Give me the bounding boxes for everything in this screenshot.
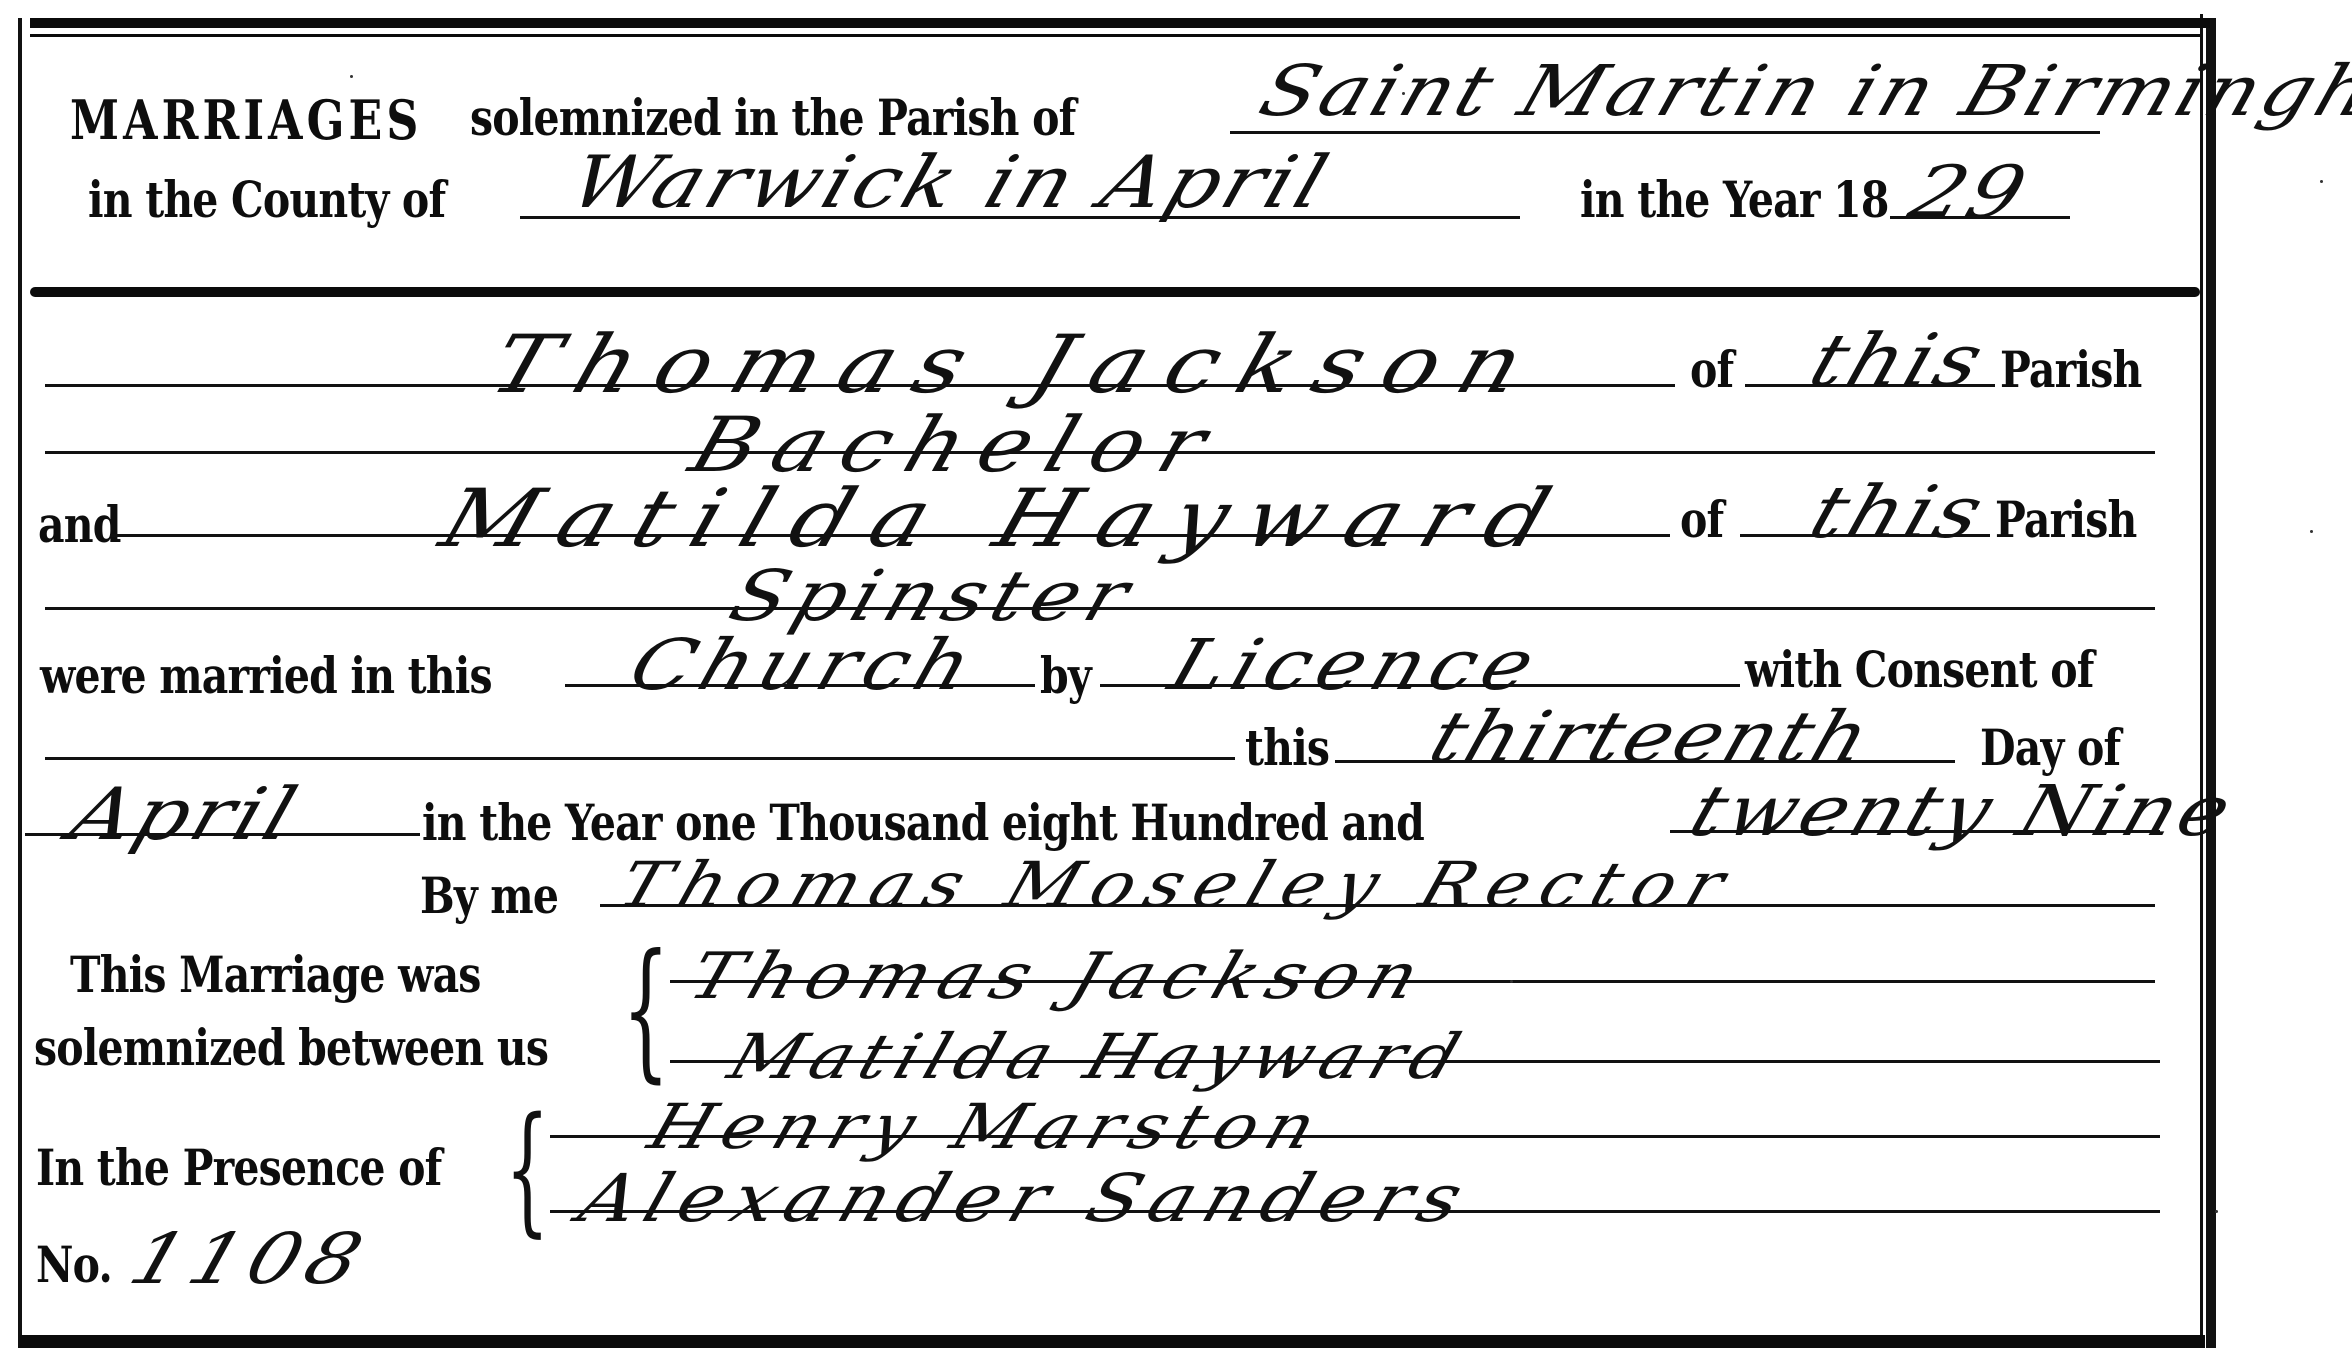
- year-text-label: in the Year one Thousand eight Hundred a…: [422, 793, 1424, 852]
- place-handwritten: Church: [620, 624, 989, 706]
- entry-number-label: No.: [36, 1235, 112, 1294]
- parish-name-handwritten: Saint Martin in Birmingham: [1250, 50, 2352, 132]
- witness1-line: [550, 1135, 2160, 1138]
- groom-condition-line: [45, 451, 2155, 454]
- party1-line: [670, 980, 2155, 983]
- bottom-thick-rule: [20, 1335, 2205, 1348]
- header-divider-rule: [30, 287, 2200, 297]
- county-handwritten: Warwick in April: [560, 140, 1341, 224]
- witness1-signature: Henry Marston: [640, 1090, 1334, 1163]
- scan-speck: [2215, 1210, 2218, 1213]
- witnesses-brace: {: [505, 1100, 550, 1240]
- header-year-label: in the Year 18: [1580, 170, 1889, 229]
- solemnized-label-line2: solemnized between us: [34, 1018, 548, 1077]
- day-handwritten: thirteenth: [1420, 696, 1882, 778]
- witness2-line: [550, 1210, 2160, 1213]
- header-marriages-caps: MARRIAGES: [70, 88, 422, 152]
- by-me-label: By me: [420, 866, 558, 925]
- bride-and-label: and: [38, 495, 121, 554]
- officiant-line: [600, 904, 2155, 907]
- groom-of-label: of: [1690, 340, 1733, 399]
- groom-residence-handwritten: this: [1800, 318, 1997, 402]
- year-words-line: [1670, 830, 2160, 833]
- month-handwritten: April: [60, 772, 310, 856]
- consent-line: [45, 757, 1235, 760]
- groom-residence-line: [1745, 384, 1995, 387]
- this-label: this: [1245, 718, 1329, 777]
- entry-number-handwritten: 1108: [120, 1218, 379, 1300]
- bride-parish-label: Parish: [1995, 490, 2136, 549]
- county-line: [520, 216, 1520, 219]
- year-words-handwritten: twenty Nine: [1680, 770, 2244, 852]
- scan-speck: [2320, 180, 2323, 183]
- bride-name-line: [110, 534, 1670, 537]
- married-in-label: were married in this: [40, 646, 492, 705]
- bride-name-handwritten: Matilda Hayward: [430, 472, 1582, 565]
- consent-label: with Consent of: [1745, 640, 2094, 699]
- method-line: [1100, 684, 1740, 687]
- witness2-signature: Alexander Sanders: [570, 1160, 1481, 1237]
- groom-name-handwritten: Thomas Jackson: [480, 318, 1555, 411]
- groom-name-line: [45, 384, 1675, 387]
- officiant-handwritten: Thomas Moseley Rector: [610, 848, 1745, 921]
- day-of-label: Day of: [1980, 718, 2120, 777]
- bride-of-label: of: [1680, 490, 1723, 549]
- parish-line: [1230, 131, 2100, 134]
- header-solemnized-label: solemnized in the Parish of: [470, 88, 1075, 147]
- method-handwritten: Licence: [1160, 624, 1551, 706]
- header-county-label: in the County of: [88, 170, 445, 229]
- place-line: [565, 684, 1035, 687]
- top-thin-rule: [30, 34, 2200, 37]
- month-line: [25, 833, 420, 836]
- by-label: by: [1040, 646, 1091, 705]
- year-line: [1890, 216, 2070, 219]
- witnesses-label: In the Presence of: [36, 1138, 441, 1197]
- signatures-brace: {: [622, 935, 670, 1085]
- solemnized-label-line1: This Marriage was: [70, 945, 481, 1004]
- day-line: [1335, 760, 1955, 763]
- scan-speck: [2310, 530, 2313, 533]
- groom-parish-label: Parish: [2000, 340, 2141, 399]
- bride-condition-line: [45, 607, 2155, 610]
- scan-speck: [350, 75, 353, 78]
- top-thick-rule: [30, 18, 2210, 28]
- bride-residence-line: [1740, 534, 1990, 537]
- scan-speck: [1510, 980, 1513, 983]
- frame-inner-rule: [2200, 14, 2203, 1348]
- scan-speck: [1402, 92, 1405, 95]
- bride-residence-handwritten: this: [1800, 470, 1997, 554]
- party2-line: [670, 1060, 2160, 1063]
- party2-signature: Matilda Hayward: [720, 1020, 1476, 1093]
- party1-signature: Thomas Jackson: [680, 940, 1437, 1014]
